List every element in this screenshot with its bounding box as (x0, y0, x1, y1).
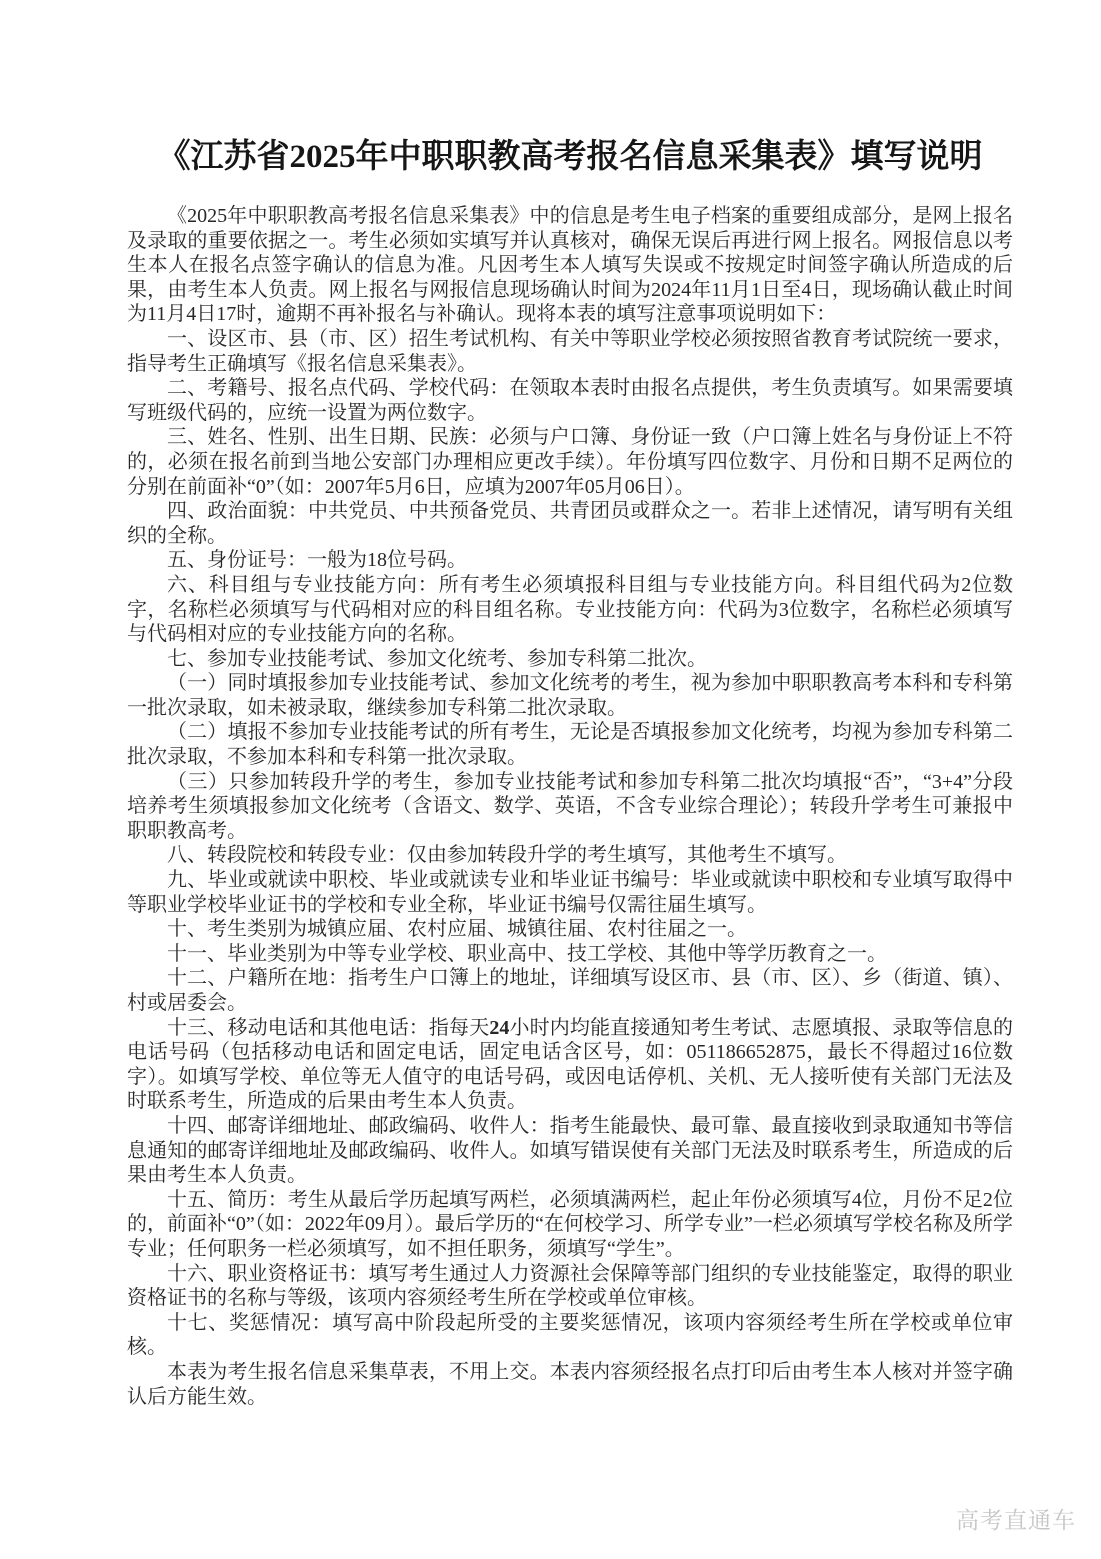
paragraph-2: 一、设区市、县（市、区）招生考试机构、有关中等职业学校必须按照省教育考试院统一要… (127, 327, 1013, 376)
paragraph-20-text-1: 十六、职业资格证书：填写考生通过人力资源社会保障等部门组织的专业技能鉴定，取得的… (127, 1263, 1013, 1310)
paragraph-17-text-1: 十三、移动电话和其他电话：指每天 (167, 1017, 489, 1039)
paragraph-13-text-1: 九、毕业或就读中职校、毕业或就读专业和毕业证书编号：毕业或就读中职校和专业填写取… (127, 869, 1013, 916)
paragraph-6-text-1: 五、身份证号：一般为18位号码。 (167, 549, 467, 571)
paragraph-19: 十五、简历：考生从最后学历起填写两栏，必须填满两栏，起止年份必须填写4位，月份不… (127, 1188, 1013, 1262)
paragraph-17: 十三、移动电话和其他电话：指每天24小时内均能直接通知考生考试、志愿填报、录取等… (127, 1016, 1013, 1114)
paragraph-14: 十、考生类别为城镇应届、农村应届、城镇往届、农村往届之一。 (127, 917, 1013, 942)
paragraph-18-text-1: 十四、邮寄详细地址、邮政编码、收件人：指考生能最快、最可靠、最直接收到录取通知书… (127, 1115, 1013, 1186)
paragraph-4: 三、姓名、性别、出生日期、民族：必须与户口簿、身份证一致（户口簿上姓名与身份证上… (127, 425, 1013, 499)
paragraph-21-text-1: 十七、奖惩情况：填写高中阶段起所受的主要奖惩情况，该项内容须经考生所在学校或单位… (127, 1312, 1013, 1359)
paragraph-12-text-1: 八、转段院校和转段专业：仅由参加转段升学的考生填写，其他考生不填写。 (167, 844, 847, 866)
document-body: 《2025年中职职教高考报名信息采集表》中的信息是考生电子档案的重要组成部分，是… (127, 204, 1013, 1409)
paragraph-5: 四、政治面貌：中共党员、中共预备党员、共青团员或群众之一。若非上述情况，请写明有… (127, 499, 1013, 548)
paragraph-15: 十一、毕业类别为中等专业学校、职业高中、技工学校、其他中等学历教育之一。 (127, 942, 1013, 967)
paragraph-5-text-1: 四、政治面貌：中共党员、中共预备党员、共青团员或群众之一。若非上述情况，请写明有… (127, 500, 1013, 547)
paragraph-15-text-1: 十一、毕业类别为中等专业学校、职业高中、技工学校、其他中等学历教育之一。 (167, 943, 887, 965)
paragraph-12: 八、转段院校和转段专业：仅由参加转段升学的考生填写，其他考生不填写。 (127, 843, 1013, 868)
paragraph-16-text-1: 十二、户籍所在地：指考生户口簿上的地址，详细填写设区市、县（市、区）、乡（街道、… (127, 967, 1013, 1014)
document-title: 《江苏省2025年中职职教高考报名信息采集表》填写说明 (127, 136, 1013, 178)
paragraph-2-text-1: 一、设区市、县（市、区）招生考试机构、有关中等职业学校必须按照省教育考试院统一要… (127, 328, 1013, 375)
paragraph-9: （一）同时填报参加专业技能考试、参加文化统考的考生，视为参加中职职教高考本科和专… (127, 671, 1013, 720)
watermark: 高考直通车 (956, 1502, 1076, 1535)
paragraph-3: 二、考籍号、报名点代码、学校代码：在领取本表时由报名点提供，考生负责填写。如果需… (127, 376, 1013, 425)
paragraph-21: 十七、奖惩情况：填写高中阶段起所受的主要奖惩情况，该项内容须经考生所在学校或单位… (127, 1311, 1013, 1360)
paragraph-14-text-1: 十、考生类别为城镇应届、农村应届、城镇往届、农村往届之一。 (167, 918, 747, 940)
paragraph-16: 十二、户籍所在地：指考生户口簿上的地址，详细填写设区市、县（市、区）、乡（街道、… (127, 966, 1013, 1015)
paragraph-1: 《2025年中职职教高考报名信息采集表》中的信息是考生电子档案的重要组成部分，是… (127, 204, 1013, 327)
paragraph-19-text-1: 十五、简历：考生从最后学历起填写两栏，必须填满两栏，起止年份必须填写4位，月份不… (127, 1189, 1013, 1260)
paragraph-8: 七、参加专业技能考试、参加文化统考、参加专科第二批次。 (127, 647, 1013, 672)
paragraph-11-text-1: （三）只参加转段升学的考生，参加专业技能考试和参加专科第二批次均填报“否”，“3… (127, 771, 1013, 842)
document-page: 《江苏省2025年中职职教高考报名信息采集表》填写说明 《2025年中职职教高考… (0, 0, 1101, 1559)
document-content: 《江苏省2025年中职职教高考报名信息采集表》填写说明 《2025年中职职教高考… (127, 136, 1013, 1409)
paragraph-1-text-1: 《2025年中职职教高考报名信息采集表》中的信息是考生电子档案的重要组成部分，是… (127, 205, 1013, 325)
paragraph-22: 本表为考生报名信息采集草表，不用上交。本表内容须经报名点打印后由考生本人核对并签… (127, 1360, 1013, 1409)
paragraph-3-text-1: 二、考籍号、报名点代码、学校代码：在领取本表时由报名点提供，考生负责填写。如果需… (127, 377, 1013, 424)
paragraph-18: 十四、邮寄详细地址、邮政编码、收件人：指考生能最快、最可靠、最直接收到录取通知书… (127, 1114, 1013, 1188)
paragraph-20: 十六、职业资格证书：填写考生通过人力资源社会保障等部门组织的专业技能鉴定，取得的… (127, 1262, 1013, 1311)
paragraph-11: （三）只参加转段升学的考生，参加专业技能考试和参加专科第二批次均填报“否”，“3… (127, 770, 1013, 844)
paragraph-17-text-2: 24 (489, 1017, 509, 1039)
paragraph-22-text-1: 本表为考生报名信息采集草表，不用上交。本表内容须经报名点打印后由考生本人核对并签… (127, 1361, 1013, 1408)
paragraph-10: （二）填报不参加专业技能考试的所有考生，无论是否填报参加文化统考，均视为参加专科… (127, 720, 1013, 769)
paragraph-7-text-1: 六、科目组与专业技能方向：所有考生必须填报科目组与专业技能方向。科目组代码为2位… (127, 574, 1013, 645)
paragraph-9-text-1: （一）同时填报参加专业技能考试、参加文化统考的考生，视为参加中职职教高考本科和专… (127, 672, 1013, 719)
paragraph-13: 九、毕业或就读中职校、毕业或就读专业和毕业证书编号：毕业或就读中职校和专业填写取… (127, 868, 1013, 917)
paragraph-6: 五、身份证号：一般为18位号码。 (127, 548, 1013, 573)
paragraph-4-text-1: 三、姓名、性别、出生日期、民族：必须与户口簿、身份证一致（户口簿上姓名与身份证上… (127, 426, 1013, 497)
paragraph-10-text-1: （二）填报不参加专业技能考试的所有考生，无论是否填报参加文化统考，均视为参加专科… (127, 721, 1013, 768)
paragraph-7: 六、科目组与专业技能方向：所有考生必须填报科目组与专业技能方向。科目组代码为2位… (127, 573, 1013, 647)
paragraph-8-text-1: 七、参加专业技能考试、参加文化统考、参加专科第二批次。 (167, 648, 707, 670)
